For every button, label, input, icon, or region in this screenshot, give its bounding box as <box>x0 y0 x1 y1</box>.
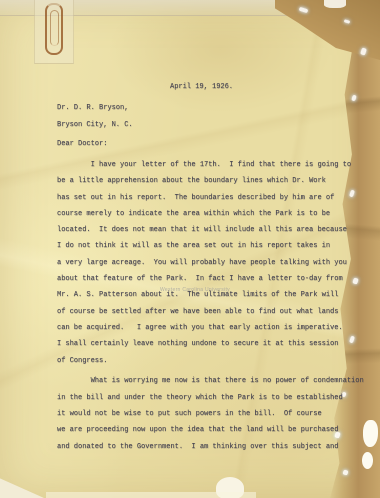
letter-line: can be acquired. I agree with you that e… <box>57 320 364 336</box>
paper-tear <box>324 0 346 8</box>
letter-line: has set out in his report. The boundarie… <box>57 190 364 206</box>
letter-line: be a little apprehension about the bound… <box>57 173 364 189</box>
letter-line: and donated to the Government. I am thin… <box>57 439 364 455</box>
salutation: Dear Doctor: <box>57 136 107 152</box>
letter-line: course merely to indicate the area withi… <box>57 206 364 222</box>
paper-tear <box>363 420 378 447</box>
paragraph-1: I have your letter of the 17th. I find t… <box>57 157 364 369</box>
recipient-name: Dr. D. R. Bryson, <box>57 100 133 117</box>
paperclip-inner-loop <box>50 10 59 46</box>
letter-line: I do not think it will as the area set o… <box>57 238 364 254</box>
scanned-letter-page: April 19, 1926. Dr. D. R. Bryson, Bryson… <box>0 0 380 498</box>
letter-line: of Congress. <box>57 353 364 369</box>
letter-line: I shall certainly leave nothing undone t… <box>57 336 364 352</box>
bottom-edge-highlight <box>46 492 256 498</box>
recipient-address: Dr. D. R. Bryson, Bryson City, N. C. <box>57 100 133 133</box>
letter-line: it would not be wise to put such powers … <box>57 406 364 422</box>
paperclip-rust-stain <box>45 3 63 55</box>
letter-date: April 19, 1926. <box>170 79 233 95</box>
letter-line: What is worrying me now is that there is… <box>57 373 364 389</box>
paragraph-2: What is worrying me now is that there is… <box>57 373 364 454</box>
letter-line: of course be settled after we have been … <box>57 304 364 320</box>
letter-line: we are proceeding now upon the idea that… <box>57 422 364 438</box>
letter-line: a very large acreage. You will probably … <box>57 255 364 271</box>
recipient-city: Bryson City, N. C. <box>57 117 133 134</box>
letter-line: in the bill and under the theory which t… <box>57 390 364 406</box>
archive-watermark: Western Carolina University <box>160 287 230 293</box>
bottom-left-corner-fold <box>0 470 44 498</box>
letter-line: about that feature of the Park. In fact … <box>57 271 364 287</box>
letter-body: I have your letter of the 17th. I find t… <box>57 157 364 455</box>
letter-line: I have your letter of the 17th. I find t… <box>57 157 364 173</box>
letter-line: located. It does not mean that it will i… <box>57 222 364 238</box>
